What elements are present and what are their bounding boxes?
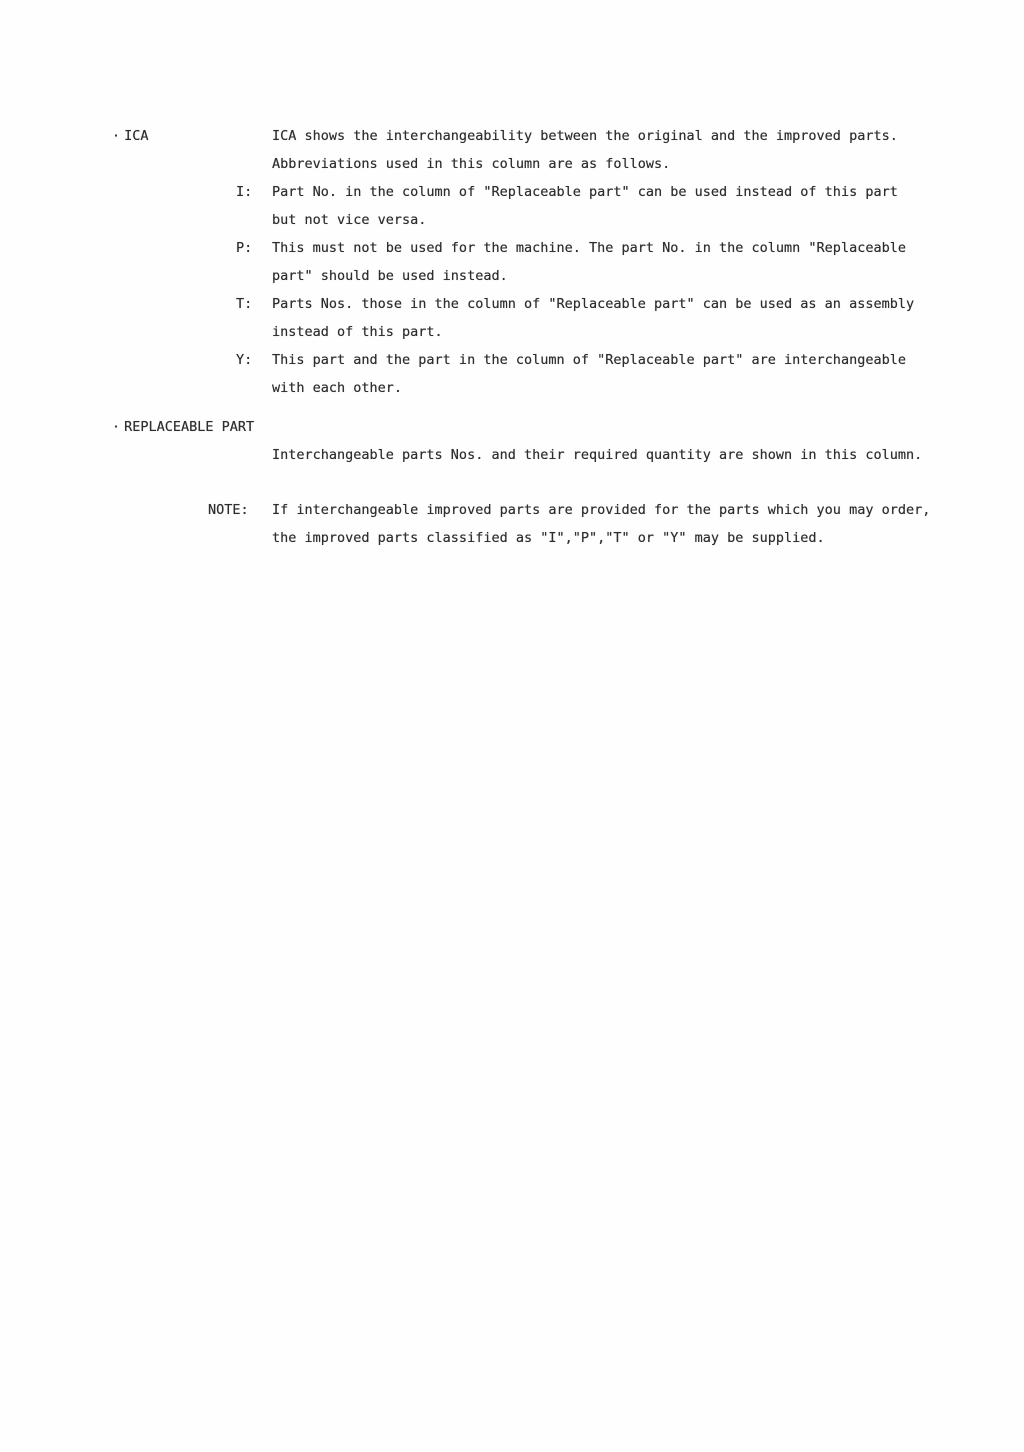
- abbr-code-y: Y:: [236, 346, 252, 374]
- abbr-definition-p: This must not be used for the machine. T…: [272, 234, 906, 290]
- document-page: · ICA ICA shows the interchangeability b…: [0, 0, 1024, 1452]
- abbr-definition-i: Part No. in the column of "Replaceable p…: [272, 178, 898, 234]
- text-line: This must not be used for the machine. T…: [272, 234, 906, 262]
- ica-section-label: ICA: [124, 122, 148, 150]
- bullet-icon: ·: [112, 122, 120, 150]
- note-label: NOTE:: [208, 496, 249, 524]
- text-line: ICA shows the interchangeability between…: [272, 122, 898, 150]
- replaceable-part-heading: · REPLACEABLE PART: [112, 413, 254, 441]
- abbr-code-t: T:: [236, 290, 252, 318]
- ica-intro-paragraph: ICA shows the interchangeability between…: [272, 122, 898, 178]
- abbr-definition-t: Parts Nos. those in the column of "Repla…: [272, 290, 914, 346]
- text-line: Parts Nos. those in the column of "Repla…: [272, 290, 914, 318]
- abbr-code-p: P:: [236, 234, 252, 262]
- text-line: the improved parts classified as "I","P"…: [272, 524, 930, 552]
- text-line: Part No. in the column of "Replaceable p…: [272, 178, 898, 206]
- abbr-definition-y: This part and the part in the column of …: [272, 346, 906, 402]
- bullet-icon: ·: [112, 413, 120, 441]
- text-line: If interchangeable improved parts are pr…: [272, 496, 930, 524]
- text-line: but not vice versa.: [272, 206, 898, 234]
- abbr-code-i: I:: [236, 178, 252, 206]
- note-paragraph: If interchangeable improved parts are pr…: [272, 496, 930, 552]
- text-line: with each other.: [272, 374, 906, 402]
- replaceable-part-paragraph: Interchangeable parts Nos. and their req…: [272, 441, 922, 469]
- ica-section-heading: · ICA: [112, 122, 149, 150]
- text-line: Interchangeable parts Nos. and their req…: [272, 441, 922, 469]
- text-line: part" should be used instead.: [272, 262, 906, 290]
- text-line: instead of this part.: [272, 318, 914, 346]
- text-line: This part and the part in the column of …: [272, 346, 906, 374]
- replaceable-part-label: REPLACEABLE PART: [124, 413, 254, 441]
- text-line: Abbreviations used in this column are as…: [272, 150, 898, 178]
